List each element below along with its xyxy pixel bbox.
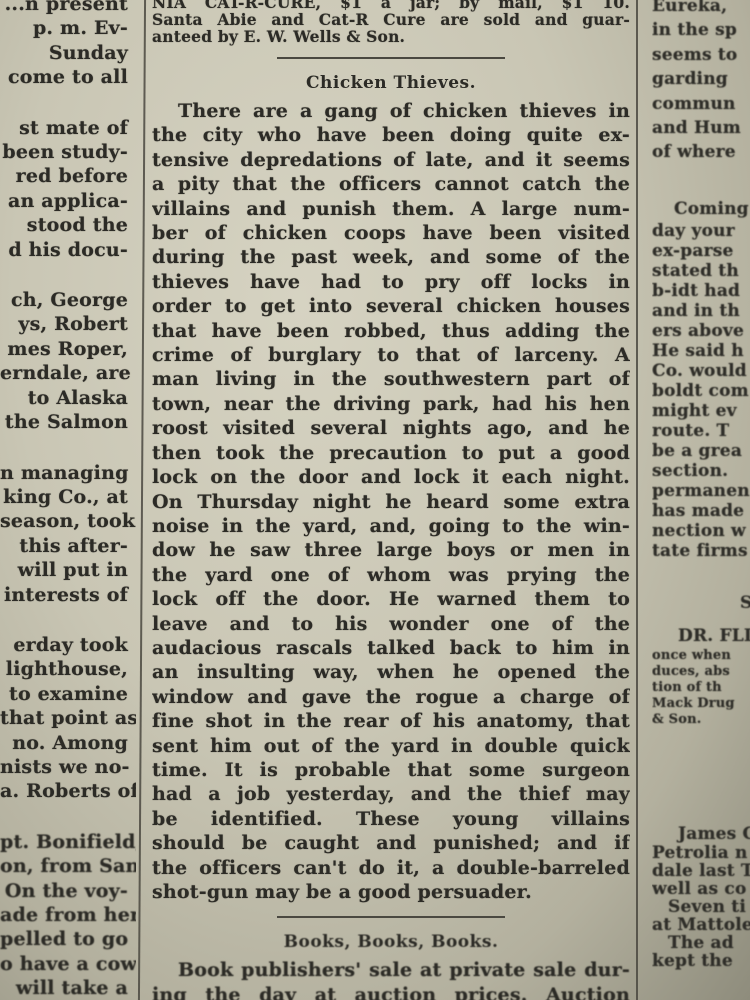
- text-line: erday took: [0, 633, 136, 657]
- text-line: well as co: [652, 880, 750, 898]
- text-line: On the voy-: [0, 879, 136, 903]
- article-body: There are a gang of chicken thieves in t…: [152, 99, 630, 904]
- text-line: be identified. These young villains: [152, 807, 630, 831]
- left-column: ...n present p. m. Ev- Sunday come to al…: [0, 0, 136, 1000]
- text-line: roost visited several nights ago, and he: [152, 416, 630, 440]
- text-line: pt. Bonifield,: [0, 830, 136, 854]
- text-line: should be caught and punished; and if: [152, 831, 630, 855]
- text-line: season, took: [0, 509, 136, 533]
- left-block-5: erday took lighthouse, to examine that p…: [0, 633, 136, 804]
- text-line: n managing: [0, 461, 136, 485]
- text-line: Santa Abie and Cat-R Cure are sold and g…: [152, 11, 630, 28]
- text-line: Petrolia n: [652, 844, 750, 862]
- text-line: man living in the southwestern part of: [152, 367, 630, 391]
- article-headline: Chicken Thieves.: [152, 73, 630, 93]
- right-block-1: Eureka, in the sp seems to garding commu…: [652, 0, 750, 165]
- top-advertisement: NIA CAT-R-CURE, $1 a jar; by mail, $1 10…: [152, 0, 630, 45]
- text-line: fine shot in the rear of his anatomy, th…: [152, 709, 630, 733]
- text-line: thieves have had to pry off locks in: [152, 270, 630, 294]
- right-block-2: Coming day your ex-parse stated th b-idt…: [652, 197, 750, 561]
- section-divider: [277, 57, 505, 59]
- text-line: He said h: [652, 341, 750, 361]
- text-line: Coming: [652, 197, 750, 221]
- text-line: of where: [652, 140, 750, 164]
- text-line: a. Roberts of: [0, 779, 136, 803]
- text-line: lock on the door and lock it each night.: [152, 465, 630, 489]
- text-line: ...n present: [0, 0, 136, 16]
- text-line: an insulting way, when he opened the: [152, 660, 630, 684]
- text-line: come to all: [0, 65, 136, 89]
- text-line: Eureka,: [652, 0, 750, 18]
- text-line: the officers can't do it, a double-barre…: [152, 856, 630, 880]
- text-line: red before: [0, 164, 136, 188]
- text-line: sent him out of the yard in double quick: [152, 734, 630, 758]
- text-line: boldt com: [652, 381, 750, 401]
- text-line: once when: [652, 648, 750, 664]
- text-line: Co. would: [652, 361, 750, 381]
- text-line: shot-gun may be a good persuader.: [152, 880, 630, 904]
- text-line: that have been robbed, thus adding the: [152, 319, 630, 343]
- column-rule-right: [636, 0, 638, 1000]
- text-line: tensive depredations of late, and it see…: [152, 148, 630, 172]
- text-line: leave and to his wonder one of the: [152, 612, 630, 636]
- text-line: to Alaska: [0, 386, 136, 410]
- text-line: nists we no-: [0, 755, 136, 779]
- text-line: lock off the door. He warned them to: [152, 587, 630, 611]
- text-line: stated th: [652, 261, 750, 281]
- text-line: kept the: [652, 952, 750, 970]
- text-line: has made: [652, 501, 750, 521]
- text-line: The ad: [652, 934, 750, 952]
- text-line: seems to: [652, 43, 750, 67]
- text-line: Seven ti: [652, 898, 750, 916]
- text-line: b-idt had: [652, 281, 750, 301]
- text-line: crime of burglary to that of larceny. A: [152, 343, 630, 367]
- text-line: Mack Drug: [652, 696, 750, 712]
- text-line: the yard one of whom was prying the: [152, 563, 630, 587]
- text-line: tate firms: [652, 541, 750, 561]
- text-line: a pity that the officers cannot catch th…: [152, 172, 630, 196]
- text-line: and in th: [652, 301, 750, 321]
- text-line: an applica-: [0, 189, 136, 213]
- text-line: will put in: [0, 558, 136, 582]
- text-line: commun: [652, 92, 750, 116]
- text-line: that point as: [0, 706, 136, 730]
- text-line: anteed by E. W. Wells & Son.: [152, 28, 630, 45]
- text-line: in the sp: [652, 18, 750, 42]
- text-line: duces, abs: [652, 664, 750, 680]
- text-line: the Salmon: [0, 410, 136, 434]
- text-line: lighthouse,: [0, 657, 136, 681]
- left-block-2: st mate of been study- red before an app…: [0, 116, 136, 262]
- text-line: might ev: [652, 401, 750, 421]
- column-rule-left: [138, 0, 146, 1000]
- text-line: On Thursday night he heard some extra: [152, 490, 630, 514]
- text-line: noise in the yard, and, going to the win…: [152, 514, 630, 538]
- text-line: garding: [652, 67, 750, 91]
- text-line: no. Among: [0, 731, 136, 755]
- section-divider: [277, 916, 505, 918]
- text-line: at Mattole: [652, 916, 750, 934]
- text-line: & Son.: [652, 712, 750, 728]
- text-line: permanen: [652, 481, 750, 501]
- text-line: had a job yesterday, and the thief may: [152, 782, 630, 806]
- text-line: window and gave the rogue a charge of: [152, 685, 630, 709]
- right-column: Eureka, in the sp seems to garding commu…: [652, 0, 750, 1000]
- next-article-headline: Books, Books, Books.: [152, 932, 630, 952]
- text-line: then took the precaution to put a good: [152, 441, 630, 465]
- right-block-3: DR. FLI once when duces, abs tion of th …: [652, 624, 750, 728]
- text-line: order to get into several chicken houses: [152, 294, 630, 318]
- left-block-3: ch, George ys, Robert mes Roper, erndale…: [0, 288, 136, 434]
- text-line: ys, Robert: [0, 312, 136, 336]
- left-block-1: ...n present p. m. Ev- Sunday come to al…: [0, 0, 136, 90]
- text-line: Sunday: [0, 41, 136, 65]
- text-line: ade from her: [0, 903, 136, 927]
- text-line: There are a gang of chicken thieves in: [152, 99, 630, 123]
- text-line: mes Roper,: [0, 337, 136, 361]
- text-line: on, from San: [0, 854, 136, 878]
- text-line: section.: [652, 461, 750, 481]
- text-line: during the past week, and some of the: [152, 245, 630, 269]
- text-line: dale last T: [652, 862, 750, 880]
- text-line: nection w: [652, 521, 750, 541]
- text-line: interests of: [0, 583, 136, 607]
- text-line: to examine: [0, 682, 136, 706]
- text-line: ers above: [652, 321, 750, 341]
- text-line: ber of chicken coops have been visited: [152, 221, 630, 245]
- left-block-4: n managing king Co., at season, took thi…: [0, 461, 136, 607]
- next-article-body: Book publishers' sale at private sale du…: [152, 958, 630, 1000]
- right-section-heading: SE: [652, 591, 750, 615]
- text-line: and Hum: [652, 116, 750, 140]
- text-line: this after-: [0, 534, 136, 558]
- text-line: DR. FLI: [652, 624, 750, 648]
- text-line: the city who have been doing quite ex-: [152, 123, 630, 147]
- text-line: will take a: [0, 976, 136, 1000]
- text-line: st mate of: [0, 116, 136, 140]
- text-line: king Co., at: [0, 485, 136, 509]
- text-line: been study-: [0, 140, 136, 164]
- text-line: Book publishers' sale at private sale du…: [152, 958, 630, 982]
- text-line: ch, George: [0, 288, 136, 312]
- main-column: NIA CAT-R-CURE, $1 a jar; by mail, $1 10…: [152, 0, 630, 1000]
- text-line: stood the: [0, 213, 136, 237]
- text-line: be a grea: [652, 441, 750, 461]
- text-line: tion of th: [652, 680, 750, 696]
- text-line: audacious rascals talked back to him in: [152, 636, 630, 660]
- text-line: p. m. Ev-: [0, 16, 136, 40]
- text-line: dow he saw three large boys or men in: [152, 538, 630, 562]
- text-line: James C: [652, 824, 750, 844]
- text-line: d his docu-: [0, 238, 136, 262]
- text-line: o have a cow: [0, 952, 136, 976]
- left-block-6: pt. Bonifield, on, from San On the voy- …: [0, 830, 136, 1000]
- text-line: route. T: [652, 421, 750, 441]
- text-line: pelled to go: [0, 927, 136, 951]
- text-line: erndale, are: [0, 361, 136, 385]
- right-block-4: James C Petrolia n dale last T well as c…: [652, 824, 750, 970]
- text-line: time. It is probable that some surgeon: [152, 758, 630, 782]
- text-line: day your: [652, 221, 750, 241]
- text-line: villains and punish them. A large num-: [152, 197, 630, 221]
- text-line: ing the day at auction prices. Auction: [152, 983, 630, 1000]
- text-line: ex-parse: [652, 241, 750, 261]
- text-line: town, near the driving park, had his hen: [152, 392, 630, 416]
